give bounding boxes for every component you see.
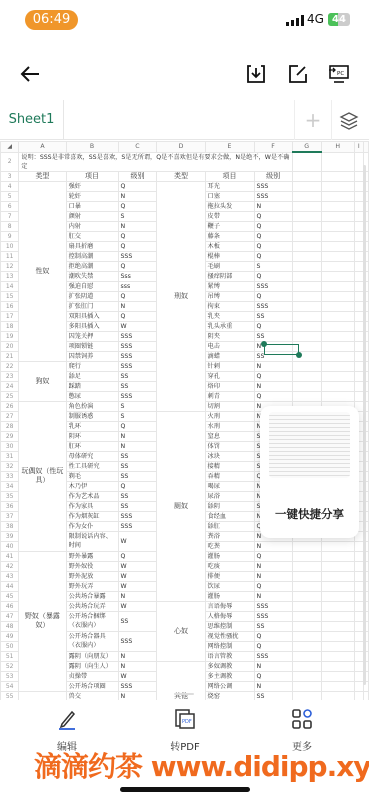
item-cell[interactable]: 饮尿 bbox=[205, 581, 254, 591]
row-header[interactable]: 54 bbox=[1, 681, 19, 691]
row-header[interactable]: 12 bbox=[1, 261, 19, 271]
item-cell[interactable]: 憋尿 bbox=[66, 391, 118, 401]
item-cell[interactable]: 多奴调教 bbox=[205, 661, 254, 671]
row-header[interactable]: 6 bbox=[1, 201, 19, 211]
level-cell[interactable]: S bbox=[118, 401, 157, 411]
download-button[interactable] bbox=[242, 60, 270, 88]
item-cell[interactable]: 网络公调 bbox=[205, 681, 254, 691]
item-cell[interactable]: 舔阴 bbox=[205, 501, 254, 511]
item-cell[interactable]: 灌肠 bbox=[205, 591, 254, 601]
item-cell[interactable]: 作为女仆 bbox=[66, 521, 118, 531]
cell[interactable] bbox=[321, 261, 354, 271]
row-header[interactable]: 41 bbox=[1, 551, 19, 561]
column-header-f[interactable]: F bbox=[254, 142, 292, 153]
cell[interactable] bbox=[321, 191, 354, 201]
column-title[interactable]: 项目 bbox=[205, 171, 254, 181]
level-cell[interactable]: SSS bbox=[118, 511, 157, 521]
item-cell[interactable]: 切割 bbox=[205, 401, 254, 411]
cell[interactable] bbox=[292, 191, 321, 201]
column-header-i[interactable]: I bbox=[354, 142, 363, 153]
row-header[interactable]: 51 bbox=[1, 651, 19, 661]
item-cell[interactable]: 扩张阴道 bbox=[66, 291, 118, 301]
column-header-b[interactable]: B bbox=[66, 142, 118, 153]
item-cell[interactable]: 电击 bbox=[205, 341, 254, 351]
item-cell[interactable]: 性工具研究 bbox=[66, 461, 118, 471]
item-cell[interactable]: 颜射 bbox=[66, 211, 118, 221]
cell[interactable] bbox=[292, 301, 321, 311]
item-cell[interactable]: 乳环 bbox=[66, 421, 118, 431]
cell[interactable] bbox=[321, 541, 354, 551]
level-cell[interactable]: N bbox=[118, 661, 157, 671]
category-cell[interactable]: 性奴 bbox=[19, 181, 66, 361]
item-cell[interactable]: 人格侮辱 bbox=[205, 611, 254, 621]
item-cell[interactable]: 轮奸 bbox=[66, 191, 118, 201]
level-cell[interactable]: Q bbox=[254, 671, 292, 681]
row-header[interactable]: 19 bbox=[1, 331, 19, 341]
sheet-tab-sheet1[interactable]: Sheet1 bbox=[0, 100, 64, 140]
level-cell[interactable]: Q bbox=[118, 241, 157, 251]
item-cell[interactable]: 火刑 bbox=[205, 411, 254, 421]
level-cell[interactable]: Q bbox=[254, 551, 292, 561]
cell[interactable] bbox=[321, 581, 354, 591]
level-cell[interactable]: SSS bbox=[118, 521, 157, 531]
cell[interactable] bbox=[292, 391, 321, 401]
level-cell[interactable]: W bbox=[118, 561, 157, 571]
cell[interactable] bbox=[321, 631, 354, 641]
item-cell[interactable]: 尿浴 bbox=[205, 491, 254, 501]
item-cell[interactable]: 拘束 bbox=[205, 301, 254, 311]
column-header-a[interactable]: A bbox=[19, 142, 66, 153]
item-cell[interactable]: 舔足 bbox=[66, 371, 118, 381]
cell[interactable] bbox=[292, 152, 321, 171]
cell[interactable] bbox=[292, 681, 321, 691]
cell[interactable] bbox=[292, 661, 321, 671]
item-cell[interactable]: 公开场合器具（衣服内） bbox=[66, 631, 118, 651]
level-cell[interactable]: SS bbox=[118, 501, 157, 511]
row-header[interactable]: 37 bbox=[1, 511, 19, 521]
level-cell[interactable]: N bbox=[254, 361, 292, 371]
item-cell[interactable]: 刺青 bbox=[205, 391, 254, 401]
add-sheet-button[interactable]: + bbox=[294, 100, 332, 140]
cell[interactable] bbox=[292, 581, 321, 591]
item-cell[interactable]: 扩张肛门 bbox=[66, 301, 118, 311]
cell[interactable] bbox=[292, 641, 321, 651]
item-cell[interactable]: 野外暴露 bbox=[66, 551, 118, 561]
row-header[interactable]: 3 bbox=[1, 171, 19, 181]
item-cell[interactable]: 作为家具 bbox=[66, 501, 118, 511]
row-header[interactable]: 47 bbox=[1, 611, 19, 621]
item-cell[interactable]: 拖拉头发 bbox=[205, 201, 254, 211]
item-cell[interactable]: 网络控制 bbox=[205, 641, 254, 651]
category-cell[interactable]: 野奴（暴露奴） bbox=[19, 551, 66, 691]
level-cell[interactable]: Q bbox=[254, 231, 292, 241]
item-cell[interactable]: 语言管教 bbox=[205, 651, 254, 661]
level-cell[interactable]: W bbox=[118, 581, 157, 591]
cell[interactable] bbox=[292, 261, 321, 271]
level-cell[interactable]: Q bbox=[254, 641, 292, 651]
layers-button[interactable] bbox=[338, 110, 360, 132]
cell[interactable] bbox=[292, 631, 321, 641]
row-header[interactable]: 34 bbox=[1, 481, 19, 491]
home-indicator[interactable] bbox=[120, 787, 250, 792]
level-cell[interactable]: SSS bbox=[118, 341, 157, 351]
cell[interactable] bbox=[321, 271, 354, 281]
cell[interactable] bbox=[292, 331, 321, 341]
level-cell[interactable]: Q bbox=[254, 321, 292, 331]
cell[interactable] bbox=[292, 381, 321, 391]
item-cell[interactable]: 囚禁饲养 bbox=[66, 351, 118, 361]
level-cell[interactable]: SS bbox=[118, 451, 157, 461]
item-cell[interactable]: 野外泥放 bbox=[66, 571, 118, 581]
item-cell[interactable]: 公共场合暴露 bbox=[66, 591, 118, 601]
row-header[interactable]: 52 bbox=[1, 661, 19, 671]
level-cell[interactable]: SSS bbox=[118, 331, 157, 341]
level-cell[interactable]: Q bbox=[118, 231, 157, 241]
item-cell[interactable]: 爬行 bbox=[66, 361, 118, 371]
level-cell[interactable]: Q bbox=[254, 291, 292, 301]
item-cell[interactable]: 滴蜡 bbox=[205, 351, 254, 361]
level-cell[interactable]: SSS bbox=[254, 611, 292, 621]
column-title[interactable]: 类型 bbox=[157, 171, 205, 181]
row-header[interactable]: 36 bbox=[1, 501, 19, 511]
column-header-g[interactable]: G bbox=[292, 142, 321, 153]
item-cell[interactable]: 水刑 bbox=[205, 421, 254, 431]
item-cell[interactable]: 角色扮演 bbox=[66, 401, 118, 411]
row-header[interactable]: 26 bbox=[1, 401, 19, 411]
row-header[interactable]: 53 bbox=[1, 671, 19, 681]
level-cell[interactable]: SSS bbox=[118, 631, 157, 651]
edit-button[interactable] bbox=[284, 60, 312, 88]
item-cell[interactable]: 贞操带 bbox=[66, 671, 118, 681]
row-header[interactable]: 24 bbox=[1, 381, 19, 391]
row-header[interactable]: 20 bbox=[1, 341, 19, 351]
column-header-e[interactable]: E bbox=[205, 142, 254, 153]
item-cell[interactable]: 体罚 bbox=[205, 441, 254, 451]
cell[interactable] bbox=[321, 331, 354, 341]
cell[interactable] bbox=[292, 551, 321, 561]
column-title[interactable]: 级别 bbox=[118, 171, 157, 181]
row-header[interactable]: 44 bbox=[1, 581, 19, 591]
item-cell[interactable]: 穿孔 bbox=[205, 371, 254, 381]
level-cell[interactable]: N bbox=[118, 301, 157, 311]
item-cell[interactable]: 作为烟灰缸 bbox=[66, 511, 118, 521]
level-cell[interactable]: N bbox=[254, 381, 292, 391]
row-header[interactable]: 39 bbox=[1, 531, 19, 541]
item-cell[interactable]: 囚笼关押 bbox=[66, 331, 118, 341]
cell[interactable] bbox=[321, 361, 354, 371]
row-header[interactable]: 10 bbox=[1, 241, 19, 251]
level-cell[interactable]: SSS bbox=[118, 681, 157, 691]
select-all-corner[interactable]: ◢ bbox=[1, 142, 19, 153]
row-header[interactable]: 50 bbox=[1, 641, 19, 651]
item-cell[interactable]: 肛环 bbox=[66, 441, 118, 451]
item-cell[interactable]: 强迫自慰 bbox=[66, 281, 118, 291]
cell[interactable] bbox=[321, 311, 354, 321]
item-cell[interactable]: 多阳具插入 bbox=[66, 321, 118, 331]
item-cell[interactable]: 喝尿 bbox=[205, 481, 254, 491]
item-cell[interactable]: 乳头承重 bbox=[205, 321, 254, 331]
cell[interactable] bbox=[321, 171, 354, 181]
cell[interactable] bbox=[292, 621, 321, 631]
row-header[interactable]: 13 bbox=[1, 271, 19, 281]
level-cell[interactable]: Q bbox=[118, 291, 157, 301]
row-header[interactable]: 29 bbox=[1, 431, 19, 441]
column-title[interactable]: 级别 bbox=[254, 171, 292, 181]
level-cell[interactable]: SS bbox=[254, 331, 292, 341]
item-cell[interactable]: 耳光 bbox=[205, 181, 254, 191]
selection-handle-end[interactable] bbox=[296, 352, 302, 358]
level-cell[interactable]: Q bbox=[118, 181, 157, 191]
cell[interactable] bbox=[292, 601, 321, 611]
cell[interactable] bbox=[321, 671, 354, 681]
cell[interactable] bbox=[292, 181, 321, 191]
cell[interactable] bbox=[292, 281, 321, 291]
level-cell[interactable]: N bbox=[254, 561, 292, 571]
item-cell[interactable]: 公开场合项圈 bbox=[66, 681, 118, 691]
row-header[interactable]: 11 bbox=[1, 251, 19, 261]
row-header[interactable]: 42 bbox=[1, 561, 19, 571]
level-cell[interactable]: W bbox=[118, 321, 157, 331]
level-cell[interactable]: S bbox=[118, 411, 157, 421]
level-cell[interactable]: SS bbox=[118, 611, 157, 631]
level-cell[interactable]: SSS bbox=[254, 191, 292, 201]
level-cell[interactable]: Q bbox=[254, 271, 292, 281]
row-header[interactable]: 48 bbox=[1, 621, 19, 631]
cell[interactable] bbox=[292, 251, 321, 261]
item-cell[interactable]: 乳夹 bbox=[205, 311, 254, 321]
item-cell[interactable]: 棍棒 bbox=[205, 251, 254, 261]
cell[interactable] bbox=[321, 641, 354, 651]
item-cell[interactable]: 冰块 bbox=[205, 451, 254, 461]
cell[interactable] bbox=[321, 201, 354, 211]
level-cell[interactable]: Sss bbox=[118, 271, 157, 281]
cell[interactable] bbox=[292, 611, 321, 621]
item-cell[interactable]: 口暴 bbox=[66, 201, 118, 211]
item-cell[interactable]: 视觉性骚扰 bbox=[205, 631, 254, 641]
drag-handle[interactable] bbox=[174, 693, 194, 695]
item-cell[interactable]: 制服诱惑 bbox=[66, 411, 118, 421]
cell[interactable] bbox=[292, 211, 321, 221]
item-cell[interactable]: 灌肠 bbox=[205, 551, 254, 561]
row-header[interactable]: 46 bbox=[1, 601, 19, 611]
item-cell[interactable]: 露阴（向生人） bbox=[66, 661, 118, 671]
level-cell[interactable]: Q bbox=[118, 481, 157, 491]
item-cell[interactable]: 控制高潮 bbox=[66, 251, 118, 261]
row-header[interactable]: 21 bbox=[1, 351, 19, 361]
level-cell[interactable]: SSS bbox=[254, 281, 292, 291]
item-cell[interactable]: 公共场合玩弄 bbox=[66, 601, 118, 611]
row-header[interactable]: 17 bbox=[1, 311, 19, 321]
cell[interactable] bbox=[321, 231, 354, 241]
column-title[interactable]: 类型 bbox=[19, 171, 66, 181]
cell[interactable] bbox=[292, 291, 321, 301]
level-cell[interactable]: SSS bbox=[254, 301, 292, 311]
level-cell[interactable]: Q bbox=[118, 421, 157, 431]
level-cell[interactable]: Q bbox=[118, 551, 157, 561]
cell[interactable] bbox=[321, 221, 354, 231]
category-cell[interactable]: 厕奴 bbox=[157, 411, 205, 601]
level-cell[interactable]: SSS bbox=[254, 181, 292, 191]
level-cell[interactable]: Q bbox=[254, 211, 292, 221]
row-header[interactable]: 27 bbox=[1, 411, 19, 421]
cell[interactable] bbox=[321, 291, 354, 301]
category-cell[interactable]: 狗奴 bbox=[19, 361, 66, 401]
row-header[interactable]: 43 bbox=[1, 571, 19, 581]
row-header[interactable]: 49 bbox=[1, 631, 19, 641]
row-header[interactable]: 15 bbox=[1, 291, 19, 301]
cell[interactable] bbox=[321, 152, 354, 171]
cell[interactable] bbox=[292, 171, 321, 181]
item-cell[interactable]: 项圈锁链 bbox=[66, 341, 118, 351]
row-header[interactable]: 9 bbox=[1, 231, 19, 241]
item-cell[interactable]: 针刺 bbox=[205, 361, 254, 371]
cell[interactable] bbox=[292, 311, 321, 321]
level-cell[interactable]: SS bbox=[254, 311, 292, 321]
row-header[interactable]: 33 bbox=[1, 471, 19, 481]
level-cell[interactable]: SSS bbox=[118, 391, 157, 401]
item-cell[interactable]: 接精 bbox=[205, 461, 254, 471]
level-cell[interactable]: SS bbox=[118, 471, 157, 481]
item-cell[interactable]: 吞精 bbox=[205, 471, 254, 481]
cell[interactable] bbox=[292, 321, 321, 331]
column-header-c[interactable]: C bbox=[118, 142, 157, 153]
item-cell[interactable]: 吊缚 bbox=[205, 291, 254, 301]
level-cell[interactable]: SSS bbox=[118, 351, 157, 361]
item-cell[interactable]: 公开场合捆绑（衣服内） bbox=[66, 611, 118, 631]
row-header[interactable]: 23 bbox=[1, 371, 19, 381]
item-cell[interactable]: 强奸 bbox=[66, 181, 118, 191]
item-cell[interactable]: 潮吹失禁 bbox=[66, 271, 118, 281]
level-cell[interactable]: N bbox=[118, 191, 157, 201]
item-cell[interactable]: 舔肛 bbox=[205, 521, 254, 531]
level-cell[interactable]: sss bbox=[118, 281, 157, 291]
cell[interactable] bbox=[321, 601, 354, 611]
cell[interactable] bbox=[321, 661, 354, 671]
level-cell[interactable]: SS bbox=[254, 621, 292, 631]
level-cell[interactable]: W bbox=[118, 571, 157, 581]
cell[interactable] bbox=[321, 381, 354, 391]
cell[interactable] bbox=[321, 561, 354, 571]
item-cell[interactable]: 口塞 bbox=[205, 191, 254, 201]
back-button[interactable] bbox=[16, 60, 44, 88]
item-cell[interactable]: 剃毛 bbox=[66, 471, 118, 481]
row-header[interactable]: 7 bbox=[1, 211, 19, 221]
cell[interactable] bbox=[292, 371, 321, 381]
item-cell[interactable]: 野外玩弄 bbox=[66, 581, 118, 591]
cell[interactable] bbox=[321, 371, 354, 381]
cell[interactable] bbox=[321, 391, 354, 401]
item-cell[interactable]: 食经血 bbox=[205, 511, 254, 521]
level-cell[interactable]: SS bbox=[118, 381, 157, 391]
level-cell[interactable]: N bbox=[118, 651, 157, 661]
level-cell[interactable]: Q bbox=[254, 391, 292, 401]
item-cell[interactable]: 阴夹 bbox=[205, 331, 254, 341]
column-title[interactable]: 项目 bbox=[66, 171, 118, 181]
cell[interactable] bbox=[321, 321, 354, 331]
quick-share-card[interactable]: 一键快捷分享 bbox=[260, 406, 359, 538]
cell[interactable] bbox=[292, 201, 321, 211]
selection-handle-start[interactable] bbox=[261, 341, 267, 347]
item-cell[interactable]: 限制说话内容、时间 bbox=[66, 531, 118, 551]
level-cell[interactable]: Q bbox=[254, 581, 292, 591]
row-header[interactable]: 5 bbox=[1, 191, 19, 201]
row-header[interactable]: 32 bbox=[1, 461, 19, 471]
level-cell[interactable]: Q bbox=[254, 221, 292, 231]
item-cell[interactable]: 皮带 bbox=[205, 211, 254, 221]
item-cell[interactable]: 木板 bbox=[205, 241, 254, 251]
row-header[interactable]: 31 bbox=[1, 451, 19, 461]
item-cell[interactable]: 搔痒阴部 bbox=[205, 271, 254, 281]
level-cell[interactable]: Q bbox=[254, 241, 292, 251]
cell[interactable] bbox=[292, 651, 321, 661]
row-header[interactable]: 14 bbox=[1, 281, 19, 291]
cell[interactable] bbox=[321, 681, 354, 691]
cell[interactable] bbox=[292, 671, 321, 681]
cell[interactable] bbox=[321, 251, 354, 261]
category-cell[interactable]: 刑奴 bbox=[157, 181, 205, 411]
level-cell[interactable]: W bbox=[118, 671, 157, 681]
row-header[interactable]: 8 bbox=[1, 221, 19, 231]
level-cell[interactable]: N bbox=[254, 661, 292, 671]
cell[interactable] bbox=[321, 551, 354, 561]
level-cell[interactable]: SSS bbox=[254, 651, 292, 661]
cell[interactable] bbox=[292, 241, 321, 251]
level-cell[interactable]: S bbox=[254, 261, 292, 271]
item-cell[interactable]: 烙印 bbox=[205, 381, 254, 391]
cell[interactable] bbox=[292, 561, 321, 571]
item-cell[interactable]: 吃痰 bbox=[205, 561, 254, 571]
cell[interactable] bbox=[321, 301, 354, 311]
send-to-pc-button[interactable]: PC bbox=[325, 60, 353, 88]
level-cell[interactable]: SSS bbox=[118, 361, 157, 371]
level-cell[interactable]: Q bbox=[118, 201, 157, 211]
item-cell[interactable]: 内射 bbox=[66, 221, 118, 231]
level-cell[interactable]: N bbox=[254, 591, 292, 601]
column-header-d[interactable]: D bbox=[157, 142, 205, 153]
item-cell[interactable]: 吃粪 bbox=[205, 541, 254, 551]
cell[interactable] bbox=[321, 621, 354, 631]
item-cell[interactable]: 野外奴役 bbox=[66, 561, 118, 571]
item-cell[interactable]: 鞭子 bbox=[205, 221, 254, 231]
item-cell[interactable]: 言语侮辱 bbox=[205, 601, 254, 611]
cell[interactable] bbox=[321, 281, 354, 291]
level-cell[interactable]: Q bbox=[254, 251, 292, 261]
item-cell[interactable]: 露阴（向朋友） bbox=[66, 651, 118, 661]
cell[interactable] bbox=[321, 241, 354, 251]
cell[interactable] bbox=[292, 271, 321, 281]
cell[interactable] bbox=[321, 651, 354, 661]
cell[interactable] bbox=[321, 571, 354, 581]
item-cell[interactable]: 扇具折磨 bbox=[66, 241, 118, 251]
item-cell[interactable]: 木乃伊 bbox=[66, 481, 118, 491]
row-header[interactable]: 2 bbox=[1, 152, 19, 171]
level-cell[interactable]: Q bbox=[118, 311, 157, 321]
cell[interactable] bbox=[321, 341, 354, 351]
level-cell[interactable]: N bbox=[118, 441, 157, 451]
cell[interactable] bbox=[321, 181, 354, 191]
note-cell[interactable]: 说明：SSS是非常喜欢，SS是喜欢，S是无所谓，Q是不喜欢但是有要求会做，N是绝… bbox=[19, 152, 292, 171]
row-header[interactable]: 28 bbox=[1, 421, 19, 431]
level-cell[interactable]: Q bbox=[254, 631, 292, 641]
item-cell[interactable]: 多主调教 bbox=[205, 671, 254, 681]
level-cell[interactable]: W bbox=[118, 601, 157, 611]
cell[interactable] bbox=[321, 591, 354, 601]
item-cell[interactable]: 肛交 bbox=[66, 231, 118, 241]
row-header[interactable]: 45 bbox=[1, 591, 19, 601]
cell[interactable] bbox=[292, 591, 321, 601]
item-cell[interactable]: 作为艺术品 bbox=[66, 491, 118, 501]
item-cell[interactable]: 藤条 bbox=[205, 231, 254, 241]
